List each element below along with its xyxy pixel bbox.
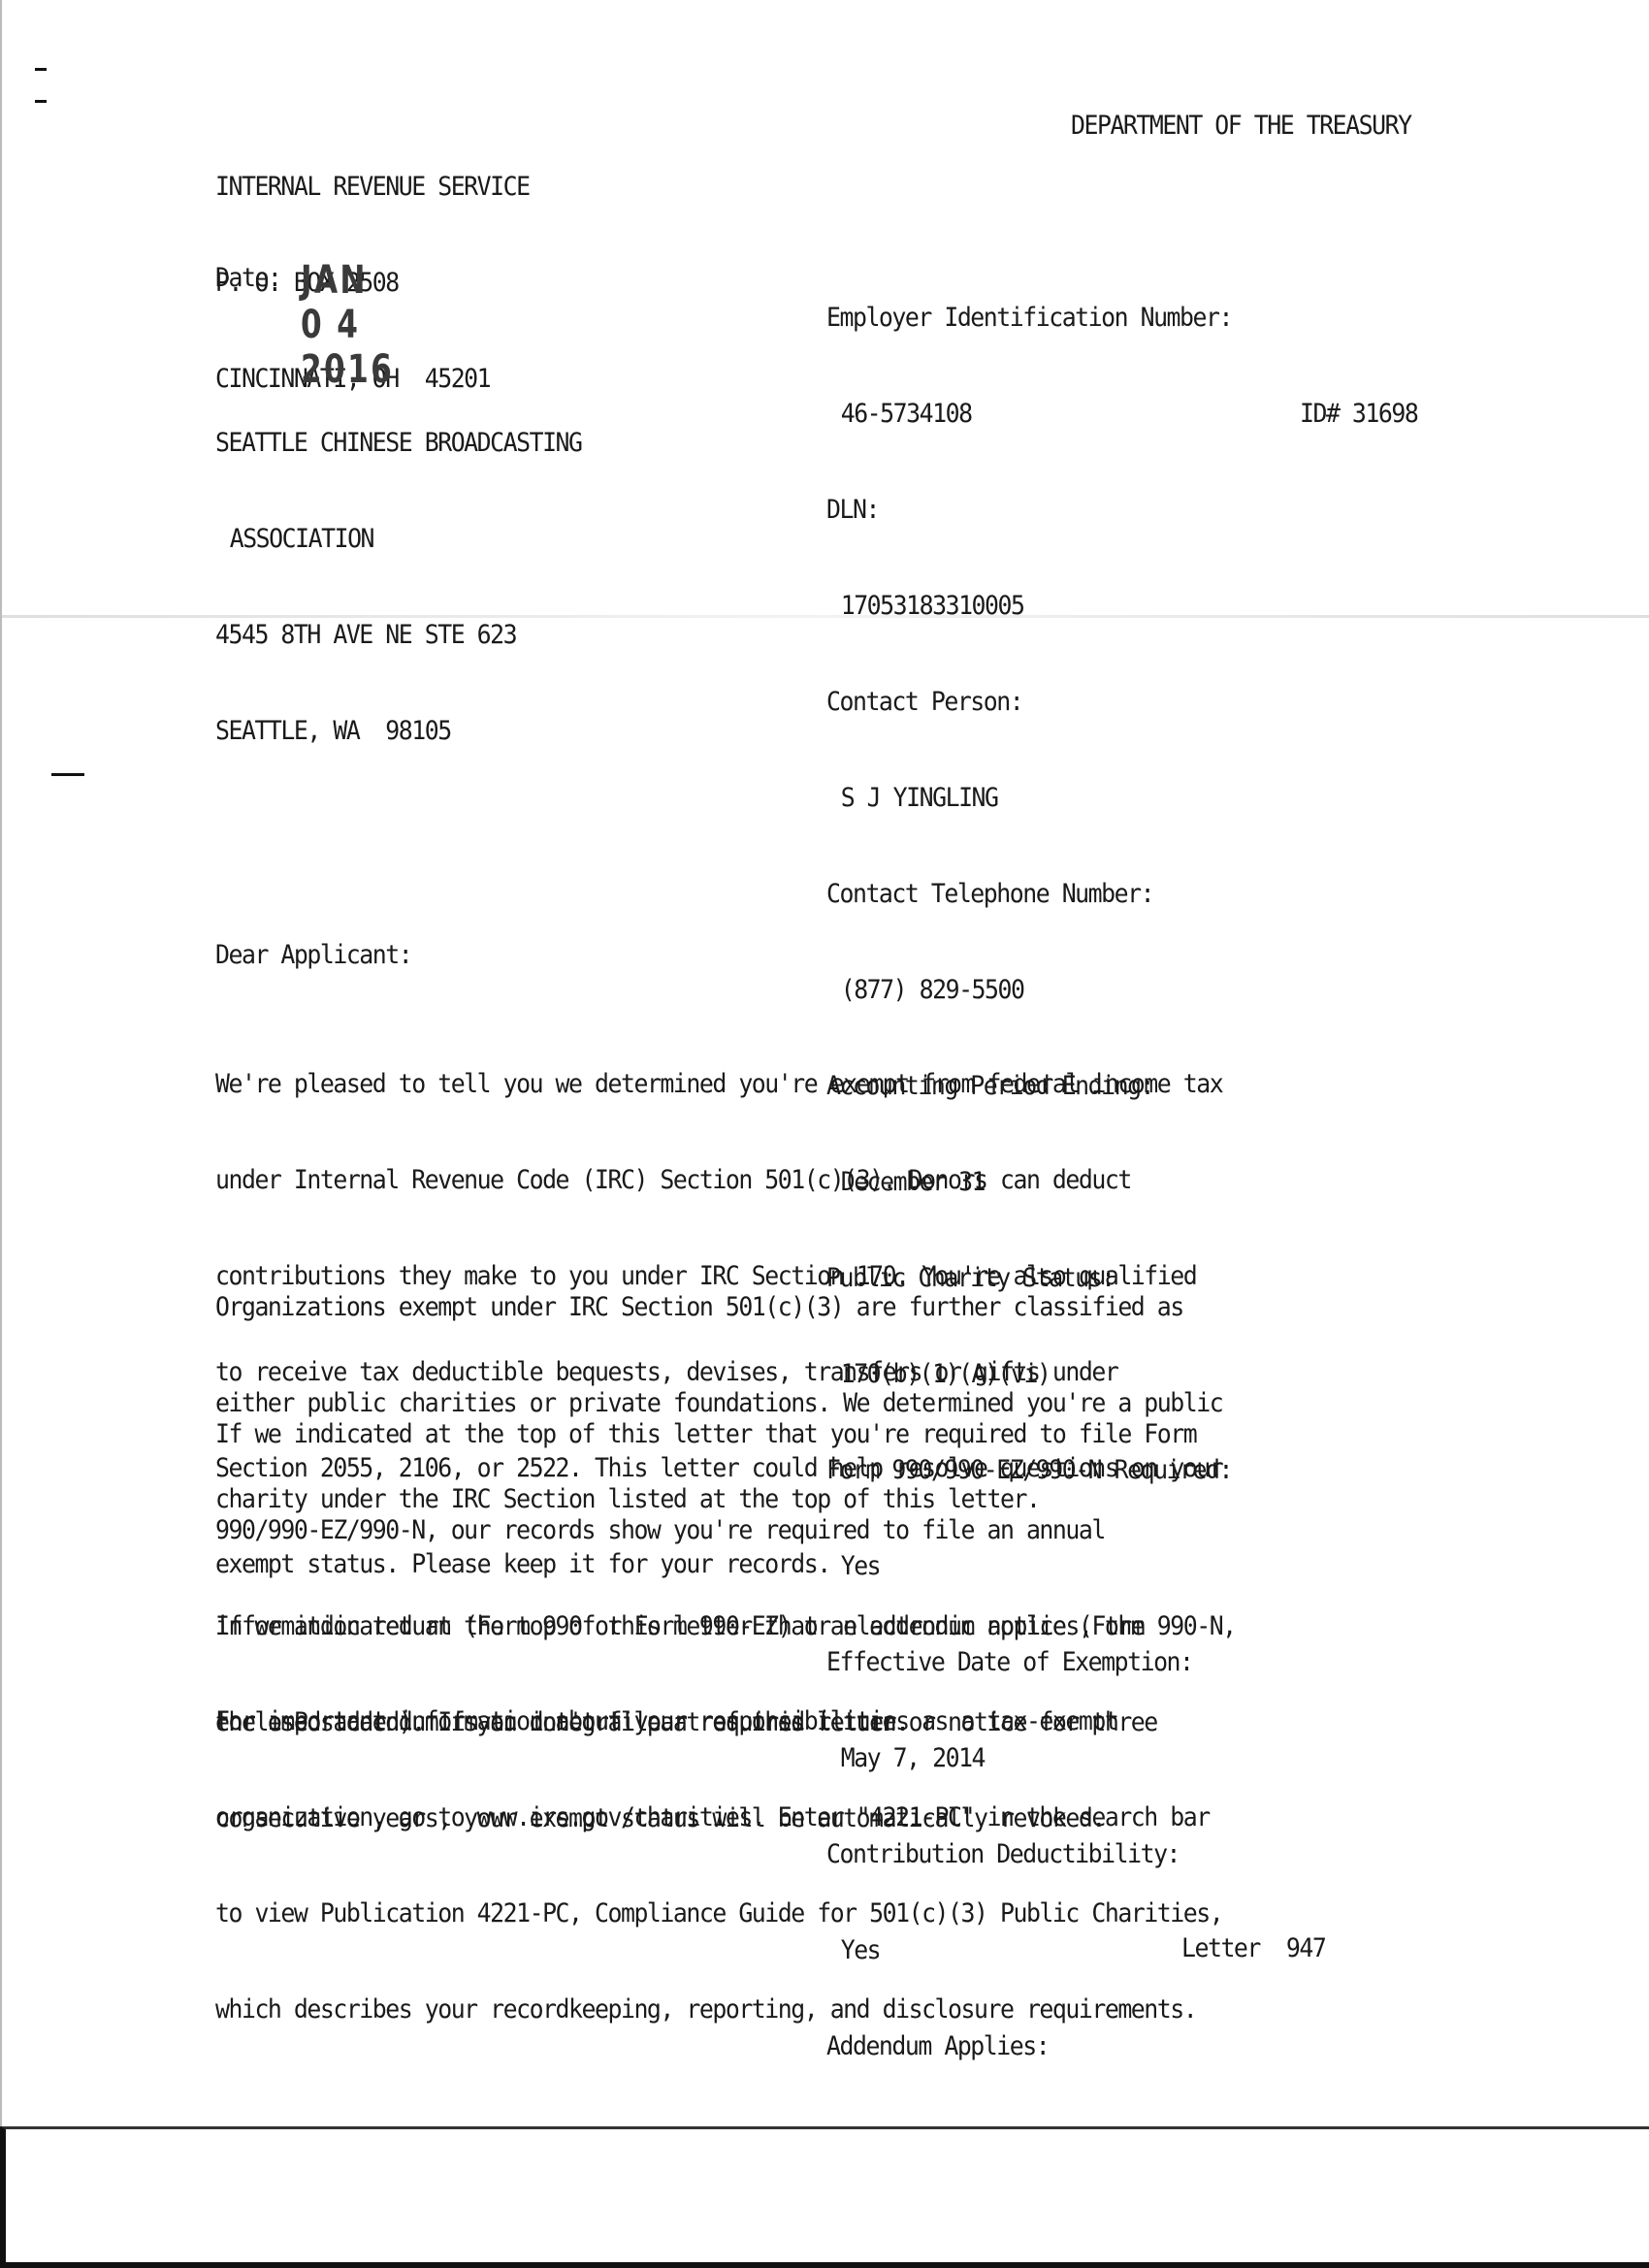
body-line: to view Publication 4221-PC, Compliance …: [215, 1897, 1222, 1929]
scan-edge: [0, 0, 2, 2268]
contact-id: ID# 31698: [1300, 398, 1417, 430]
recipient-name-cont: ASSOCIATION: [215, 523, 582, 555]
body-line: If we indicated at the top of this lette…: [215, 1418, 1236, 1450]
recipient-city: SEATTLE, WA 98105: [215, 715, 582, 747]
body-line: If we indicated at the top of this lette…: [215, 1610, 1144, 1642]
detail-label: DLN:: [826, 494, 1232, 526]
detail-value-ein: 46-5734108: [826, 398, 1232, 430]
paragraph-responsibilities: For important information about your res…: [215, 1641, 1222, 2090]
department-heading: DEPARTMENT OF THE TREASURY: [1071, 110, 1411, 142]
letter-date: Date: JAN 0 4 2016: [215, 262, 286, 294]
recipient-address: SEATTLE CHINESE BROADCASTING ASSOCIATION…: [215, 363, 582, 811]
body-line: For important information about your res…: [215, 1705, 1222, 1737]
recipient-street: 4545 8TH AVE NE STE 623: [215, 619, 582, 651]
detail-value-dln: 17053183310005: [826, 590, 1232, 622]
body-line: which describes your recordkeeping, repo…: [215, 1993, 1222, 2025]
detail-label: Contact Telephone Number:: [826, 878, 1232, 910]
recipient-name: SEATTLE CHINESE BROADCASTING: [215, 427, 582, 459]
letter-number: Letter 947: [1181, 1932, 1325, 1964]
detail-label: Contact Person:: [826, 686, 1232, 718]
date-label: Date:: [215, 262, 280, 294]
detail-value-phone: (877) 829-5500: [826, 974, 1232, 1006]
margin-mark: [35, 68, 47, 71]
body-line: Organizations exempt under IRC Section 5…: [215, 1291, 1222, 1323]
body-line: under Internal Revenue Code (IRC) Sectio…: [215, 1164, 1222, 1196]
detail-label: Employer Identification Number:: [826, 302, 1232, 334]
irs-determination-letter: INTERNAL REVENUE SERVICE P. O. BOX 2508 …: [0, 0, 1649, 2268]
sender-line: INTERNAL REVENUE SERVICE: [215, 171, 530, 203]
salutation: Dear Applicant:: [215, 939, 411, 971]
detail-value-contact-person: S J YINGLING: [826, 782, 1232, 814]
body-line: organization, go to www.irs.gov/charitie…: [215, 1801, 1222, 1833]
body-line: 990/990-EZ/990-N, our records show you'r…: [215, 1514, 1236, 1546]
scan-bottom-strip: [0, 2126, 1649, 2268]
margin-mark: [35, 100, 47, 103]
body-line: We're pleased to tell you we determined …: [215, 1068, 1222, 1100]
fold-mark: [51, 773, 84, 776]
